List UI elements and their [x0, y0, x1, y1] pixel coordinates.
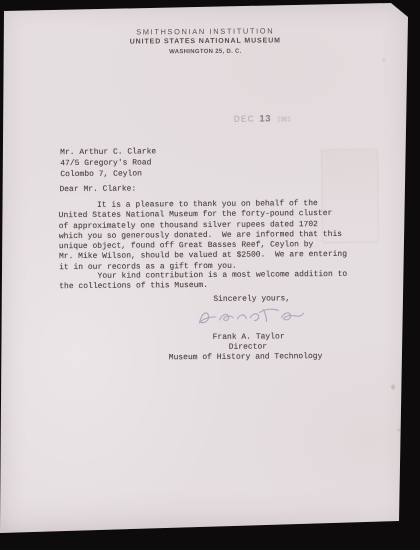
recipient-street: 47/5 Gregory's Road: [60, 157, 156, 169]
aging-spot: [382, 59, 385, 62]
body-paragraph-2: Your kind contribution is a most welcome…: [59, 270, 347, 293]
date-stamp-year: 1961: [277, 116, 291, 123]
valediction: Sincerely yours,: [213, 294, 290, 304]
letterhead-city: WASHINGTON 25, D. C.: [0, 47, 412, 56]
letter-content: SMITHSONIAN INSTITUTION UNITED STATES NA…: [0, 0, 420, 550]
signer-title: Director: [229, 343, 267, 352]
date-stamp: DEC 13 1961: [234, 108, 292, 126]
recipient-address-block: Mr. Arthur C. Clarke 47/5 Gregory's Road…: [60, 146, 156, 180]
recipient-city: Colombo 7, Ceylon: [60, 168, 156, 180]
body-line: the collections of this Museum.: [59, 280, 347, 293]
scanned-letter-photo: SMITHSONIAN INSTITUTION UNITED STATES NA…: [0, 0, 420, 550]
signer-name: Frank A. Taylor: [213, 332, 285, 342]
date-stamp-month: DEC: [234, 115, 255, 124]
recipient-name: Mr. Arthur C. Clarke: [60, 146, 156, 158]
letter-paper-sheet: SMITHSONIAN INSTITUTION UNITED STATES NA…: [0, 0, 420, 550]
signer-organization: Museum of History and Technology: [169, 352, 323, 362]
salutation: Dear Mr. Clarke:: [59, 185, 136, 195]
letterhead-museum: UNITED STATES NATIONAL MUSEUM: [0, 36, 412, 46]
date-stamp-day: 13: [259, 113, 271, 124]
aging-spot: [391, 385, 395, 390]
letterhead-institution: SMITHSONIAN INSTITUTION: [0, 25, 412, 37]
handwritten-signature: [193, 304, 305, 331]
aging-spot: [397, 428, 400, 431]
body-paragraph-1: It is a pleasure to thank you on behalf …: [59, 199, 348, 273]
